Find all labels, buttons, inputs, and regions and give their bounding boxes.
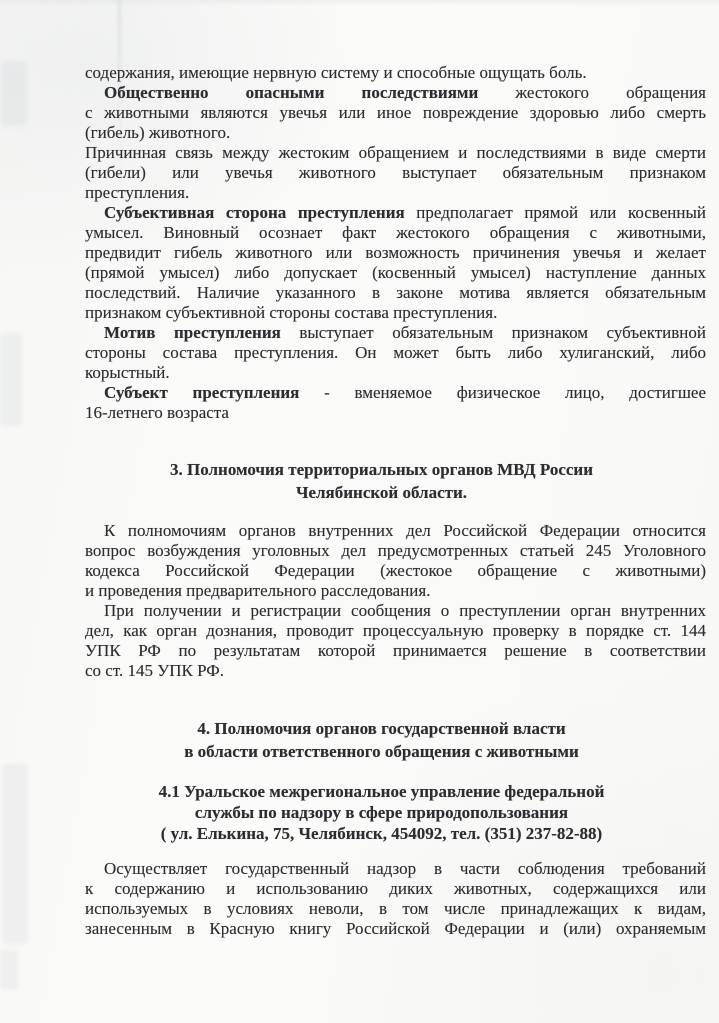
text-line: Общественно опасными последствиями жесто…	[85, 83, 706, 103]
section-3-heading: 3. Полномочия территориальных органов МВ…	[85, 458, 706, 504]
text-line: признаком субъективной стороны состава п…	[85, 303, 706, 323]
paragraph-block-section3: К полномочиям органов внутренних дел Рос…	[85, 521, 706, 681]
heading-line: службы по надзору в сфере природопользов…	[85, 802, 678, 823]
heading-line: Челябинской области.	[85, 481, 678, 504]
bleed-through-mark	[0, 950, 18, 990]
text-line: корыстный.	[85, 363, 706, 383]
text-line: со ст. 145 УПК РФ.	[85, 661, 706, 681]
heading-line: 4. Полномочия органов государственной вл…	[85, 717, 678, 740]
text-line: стороны состава преступления. Он может б…	[85, 343, 706, 363]
text-line: преступления.	[85, 183, 706, 203]
text-line: К полномочиям органов внутренних дел Рос…	[85, 521, 706, 541]
bold-lead-text: Субъективная сторона преступления	[104, 203, 405, 222]
bleed-through-mark	[2, 764, 28, 944]
text-line: кодекса Российской Федерации (жестокое о…	[85, 561, 706, 581]
text-line: предвидит гибель животного или возможнос…	[85, 243, 706, 263]
text-line: 16-летнего возраста	[85, 403, 706, 423]
heading-line: 3. Полномочия территориальных органов МВ…	[85, 458, 678, 481]
text-line: Субъект преступления - вменяемое физичес…	[85, 383, 706, 403]
text-line: используемых в условиях неволи, в том чи…	[85, 899, 706, 919]
text-line: Осуществляет государственный надзор в ча…	[85, 859, 706, 879]
text-line: дел, как орган дознания, проводит процес…	[85, 621, 706, 641]
text-line: Причинная связь между жестоким обращение…	[85, 143, 706, 163]
subsection-4-1-heading: 4.1 Уральское межрегиональное управление…	[85, 781, 706, 844]
text-line: последствий. Наличие указанного в законе…	[85, 283, 706, 303]
text-line: содержания, имеющие нервную систему и сп…	[85, 63, 706, 83]
text-line: (гибели) или увечья животного выступает …	[85, 163, 706, 183]
text-line: занесенным в Красную книгу Российской Фе…	[85, 919, 706, 939]
bleed-through-mark	[0, 334, 22, 426]
text-line: вопрос возбуждения уголовных дел предусм…	[85, 541, 706, 561]
text-line: (прямой умысел) либо допускает (косвенны…	[85, 263, 706, 283]
text-line: Субъективная сторона преступления предпо…	[85, 203, 706, 223]
text-line: УПК РФ по результатам которой принимаетс…	[85, 641, 706, 661]
bold-lead-text: Мотив преступления	[104, 323, 281, 342]
paragraph-block-intro: содержания, имеющие нервную систему и сп…	[85, 63, 706, 423]
text-line: с животными являются увечья или иное пов…	[85, 103, 706, 123]
heading-line: в области ответственного обращения с жив…	[85, 740, 678, 763]
bold-lead-text: Субъект преступления	[104, 383, 299, 402]
heading-line: ( ул. Елькина, 75, Челябинск, 454092, те…	[85, 823, 678, 844]
text-line: Мотив преступления выступает обязательны…	[85, 323, 706, 343]
text-line: умысел. Виновный осознает факт жестокого…	[85, 223, 706, 243]
paragraph-block-section4: Осуществляет государственный надзор в ча…	[85, 859, 706, 939]
bold-lead-text: Общественно опасными последствиями	[104, 83, 478, 102]
text-line: (гибель) животного.	[85, 123, 706, 143]
text-line: При получении и регистрации сообщения о …	[85, 601, 706, 621]
bleed-through-mark	[1, 62, 27, 126]
document-content: содержания, имеющие нервную систему и сп…	[85, 0, 706, 939]
section-4-heading: 4. Полномочия органов государственной вл…	[85, 717, 706, 763]
text-line: к содержанию и использованию диких живот…	[85, 879, 706, 899]
heading-line: 4.1 Уральское межрегиональное управление…	[85, 781, 678, 802]
text-line: и проведения предварительного расследова…	[85, 581, 706, 601]
scanned-document-page: содержания, имеющие нервную систему и сп…	[0, 0, 719, 1023]
